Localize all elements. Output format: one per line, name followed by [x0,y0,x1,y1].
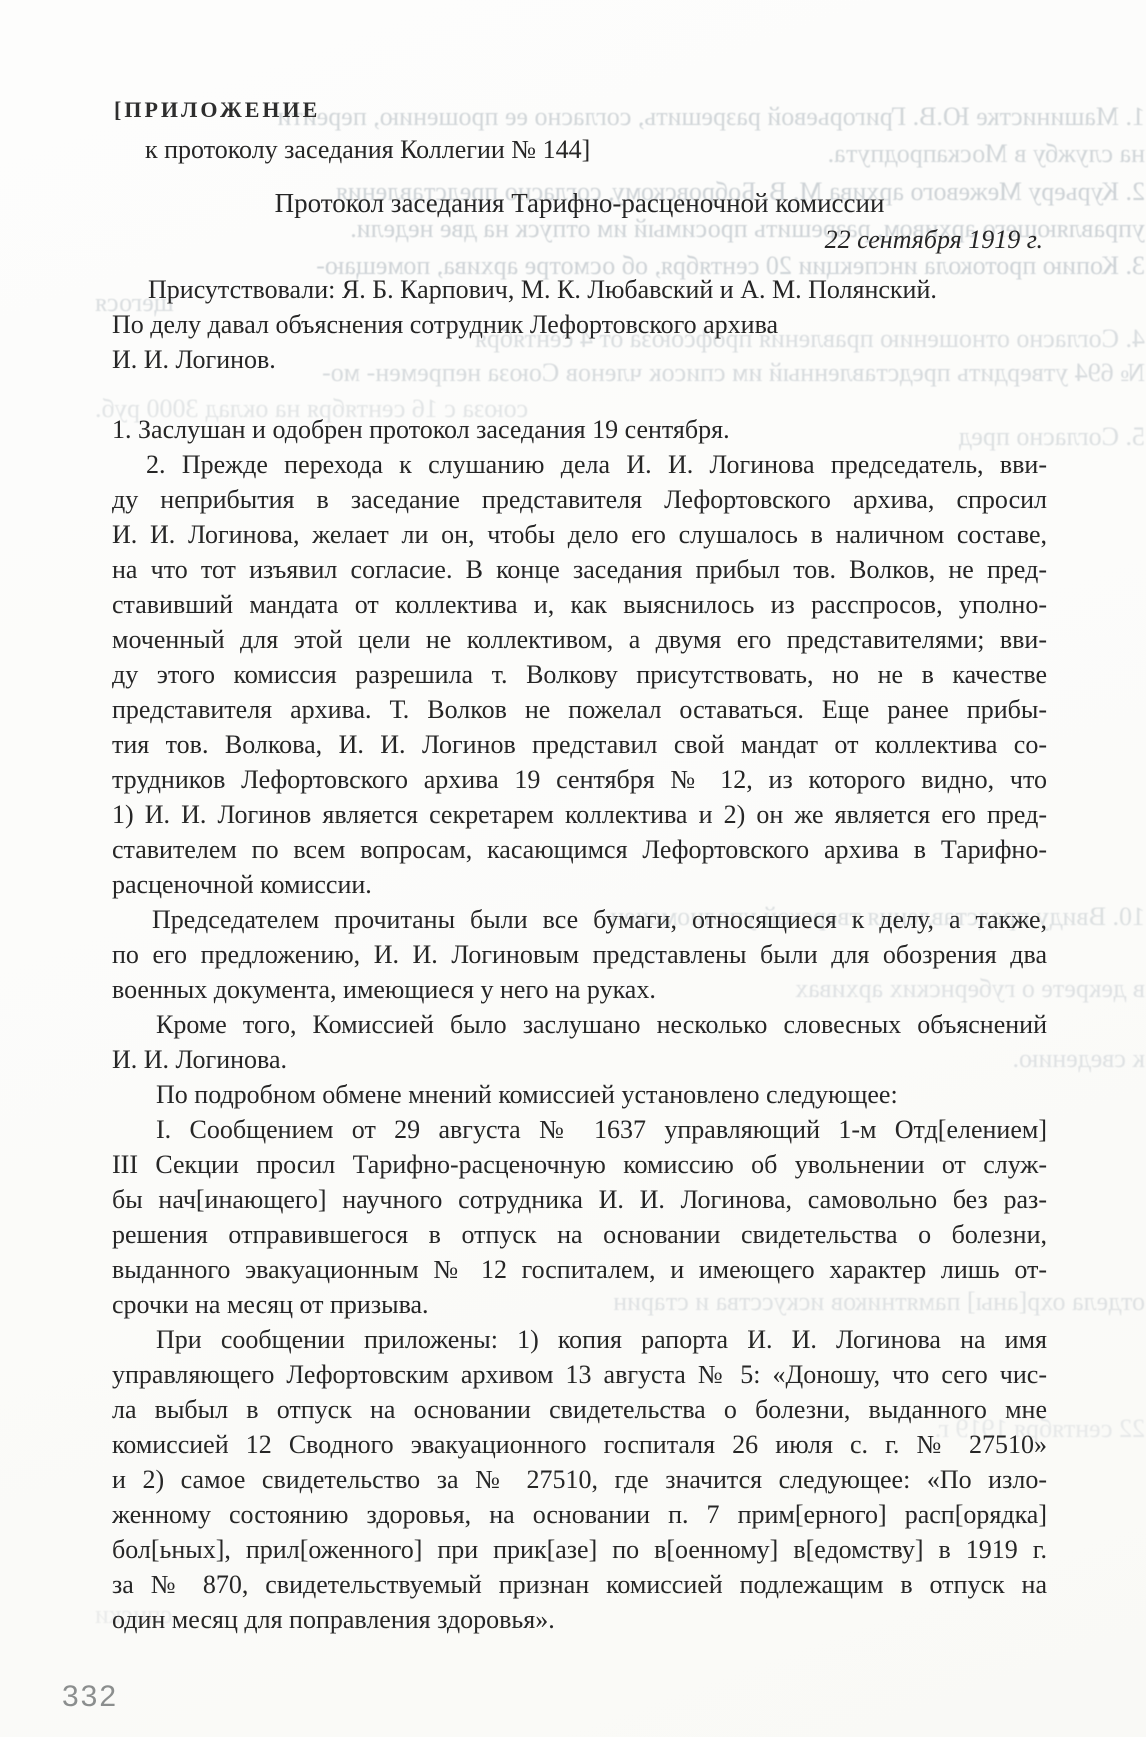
text-line: ду этого комиссия разрешила т. Волкову п… [112,658,1047,693]
attendees-line-3: И. И. Логинов. [112,343,1047,377]
text-line: Кроме того, Комиссией было заслушано нес… [112,1008,1047,1043]
text-line: По подробном обмене мнений комиссией уст… [112,1078,1047,1113]
text-line: представителя архива. Т. Волков не пожел… [112,693,1047,728]
text-line: на что тот изъявил согласие. В конце зас… [112,553,1047,588]
text-line: ставивший мандата от коллектива и, как в… [112,588,1047,623]
protocol-text-block: [ПРИЛОЖЕНИЕ к протоколу заседания Коллег… [112,97,1047,1657]
text-line: трудников Лефортовского архива 19 сентяб… [112,763,1047,798]
text-line: ду неприбытия в заседание представителя … [112,483,1047,518]
text-line: управляющего Лефортовским архивом 13 авг… [112,1358,1047,1393]
attendees-line-1: Присутствовали: Я. Б. Карпович, М. К. Лю… [112,273,1083,307]
text-line: ставителем по всем вопросам, касающимся … [112,833,1047,868]
text-line: женному состоянию здоровья, на основании… [112,1498,1047,1533]
text-line: бы нач[инающего] научного сотрудника И. … [112,1183,1047,1218]
text-line: один месяц для поправления здоровья». [112,1603,1047,1638]
text-line: выданного эвакуационным № 12 госпиталем,… [112,1253,1047,1288]
scanned-document-page: 1. Машинистке Ю.В. Григорьевой разрешить… [0,0,1146,1737]
text-line: Председателем прочитаны были все бумаги,… [112,903,1047,938]
text-line: И. И. Логинова, желает ли он, чтобы дело… [112,518,1047,553]
text-line: 1. Заслушан и одобрен протокол заседания… [112,413,1047,448]
attendees-line-2: По делу давал объяснения сотрудник Лефор… [112,308,1047,342]
text-line: комиссией 12 Сводного эвакуационного гос… [112,1428,1047,1463]
text-line: и 2) самое свидетельство за № 27510, где… [112,1463,1047,1498]
text-line: за № 870, свидетельствуемый признан коми… [112,1568,1047,1603]
text-line: решения отправившегося в отпуск на основ… [112,1218,1047,1253]
text-line: И. И. Логинова. [112,1043,1047,1078]
annex-heading-line-1: [ПРИЛОЖЕНИЕ [114,97,320,123]
text-line: моченный для этой цели не коллективом, а… [112,623,1047,658]
text-line: расценочной комиссии. [112,868,1047,903]
text-line: При сообщении приложены: 1) копия рапорт… [112,1323,1047,1358]
text-line: тия тов. Волкова, И. И. Логинов представ… [112,728,1047,763]
protocol-date: 22 сентября 1919 г. [112,225,1047,255]
text-line: 1) И. И. Логинов является секретарем кол… [112,798,1047,833]
body-lines: 1. Заслушан и одобрен протокол заседания… [112,413,1047,1638]
text-line: III Секции просил Тарифно-расценочную ко… [112,1148,1047,1183]
text-line: ла выбыл в отпуск на основании свидетель… [112,1393,1047,1428]
text-line: военных документа, имеющиеся у него на р… [112,973,1047,1008]
text-line: 2. Прежде перехода к слушанию дела И. И.… [112,448,1047,483]
annex-heading-line-2: к протоколу заседания Коллегии № 144] [145,135,590,165]
text-line: по его предложению, И. И. Логиновым пред… [112,938,1047,973]
text-line: I. Сообщением от 29 августа № 1637 управ… [112,1113,1047,1148]
text-line: бол[ьных], прил[оженного] при прик[азе] … [112,1533,1047,1568]
text-line: срочки на месяц от призыва. [112,1288,1047,1323]
protocol-title: Протокол заседания Тарифно-расценочной к… [112,188,1047,219]
page-number: 332 [62,1680,118,1714]
